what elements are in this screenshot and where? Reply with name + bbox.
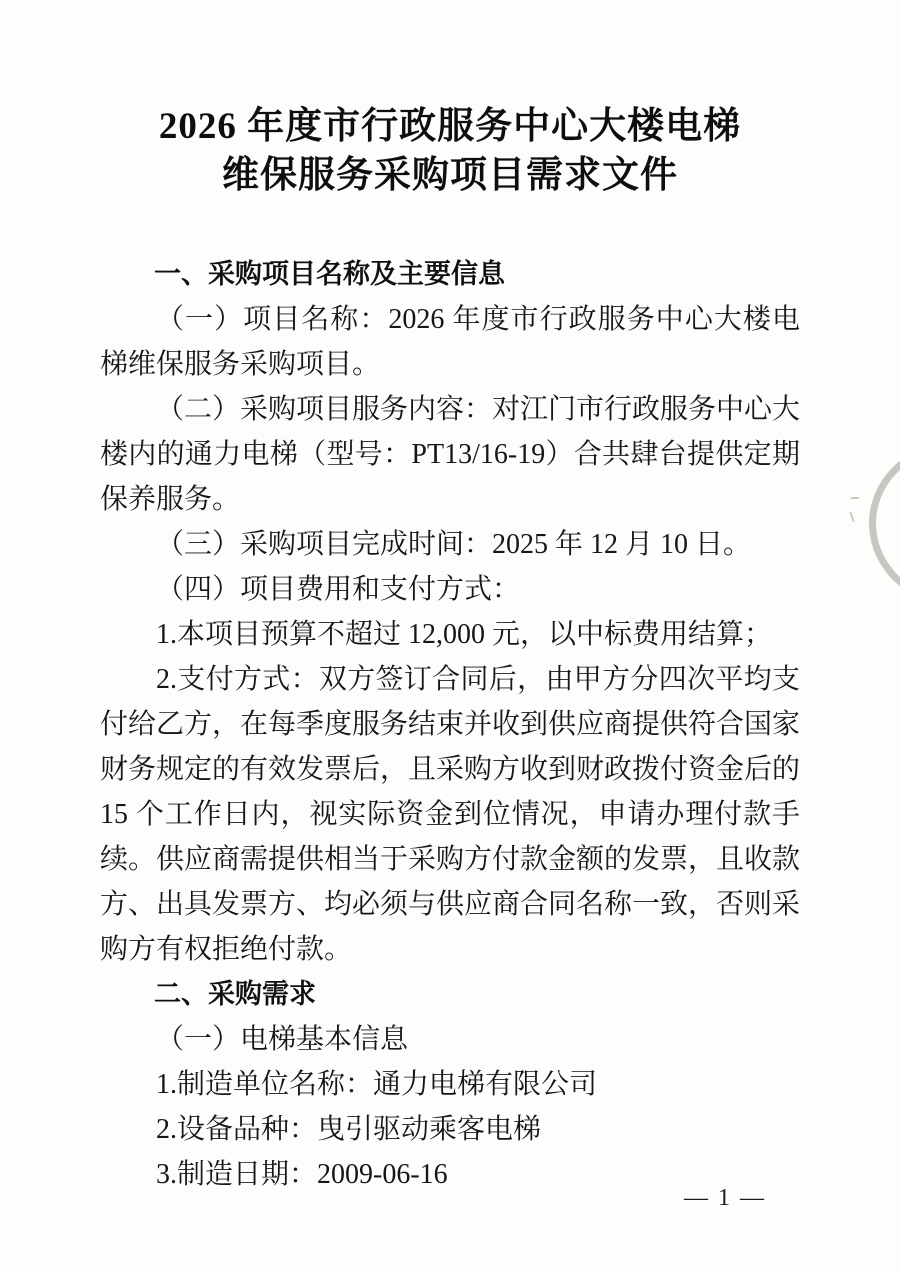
paragraph-fees-payment-label: （四）项目费用和支付方式： — [100, 567, 800, 612]
paragraph-project-name: （一）项目名称：2026 年度市行政服务中心大楼电梯维保服务采购项目。 — [100, 297, 800, 387]
stamp-fragment-mark — [849, 512, 854, 522]
paragraph-service-content: （二）采购项目服务内容：对江门市行政服务中心大楼内的通力电梯（型号：PT13/1… — [100, 387, 800, 522]
section-heading-procurement-info: 一、采购项目名称及主要信息 — [100, 252, 800, 297]
section-heading-procurement-requirements: 二、采购需求 — [100, 972, 800, 1017]
page-number: — 1 — — [684, 1185, 766, 1212]
paragraph-equipment-type: 2.设备品种：曳引驱动乘客电梯 — [100, 1107, 800, 1152]
document-page: 2026 年度市行政服务中心大楼电梯 维保服务采购项目需求文件 一、采购项目名称… — [0, 0, 900, 1272]
document-content: 2026 年度市行政服务中心大楼电梯 维保服务采购项目需求文件 一、采购项目名称… — [100, 102, 800, 1197]
paragraph-manufacturer: 1.制造单位名称：通力电梯有限公司 — [100, 1062, 800, 1107]
page-title: 2026 年度市行政服务中心大楼电梯 维保服务采购项目需求文件 — [100, 102, 800, 200]
paragraph-elevator-basic-info: （一）电梯基本信息 — [100, 1017, 800, 1062]
paragraph-payment-method: 2.支付方式：双方签订合同后，由甲方分四次平均支付给乙方，在每季度服务结束并收到… — [100, 657, 800, 972]
stamp-fragment-mark — [851, 497, 859, 499]
page-title-line-2: 维保服务采购项目需求文件 — [222, 155, 678, 196]
partial-stamp-icon — [863, 436, 900, 612]
paragraph-budget: 1.本项目预算不超过 12,000 元，以中标费用结算； — [100, 612, 800, 657]
page-title-line-1: 2026 年度市行政服务中心大楼电梯 — [159, 106, 741, 147]
paragraph-completion-time: （三）采购项目完成时间：2025 年 12 月 10 日。 — [100, 522, 800, 567]
